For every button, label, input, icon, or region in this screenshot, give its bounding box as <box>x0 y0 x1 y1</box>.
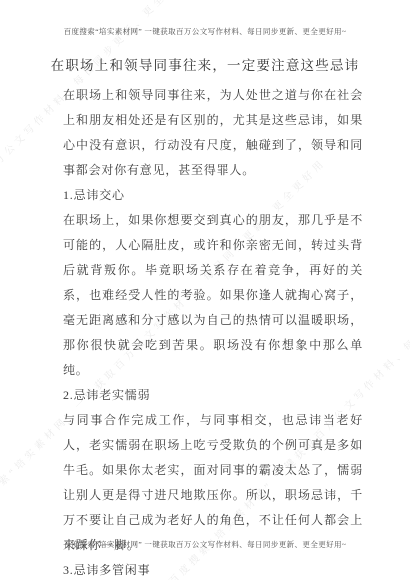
document-title: 在职场上和领导同事往来，一定要注意这些忌讳 <box>0 54 410 74</box>
header-promo-note: 百度搜索“培实素材网” 一键获取百万公文写作材料、每日同步更新、更全更好用~ <box>0 26 410 37</box>
section-paragraph-1: 在职场上，如果你想要交到真心的朋友，那几乎是不可能的，人心隔肚皮，或许和你亲密无… <box>63 208 363 383</box>
intro-paragraph: 在职场上和领导同事往来，为人处世之道与你在社会上和朋友相处还是有区别的，尤其是这… <box>63 83 363 183</box>
section-heading-1: 1.忌讳交心 <box>63 183 363 208</box>
section-paragraph-2: 与同事合作完成工作，与同事相交，也忌讳当老好人，老实懦弱在职场上吃亏受欺负的个例… <box>63 408 363 558</box>
document-body: 在职场上和领导同事往来，为人处世之道与你在社会上和朋友相处还是有区别的，尤其是这… <box>63 83 363 580</box>
document-page: 百度搜索“培实素材网” 一键获取百万公文写作材料、每日同步更新、更全更好用 百度… <box>0 0 410 580</box>
footer-promo-note: 百度搜索“培实素材网” 一键获取百万公文写作材料、每日同步更新、更全更好用~ <box>0 539 410 550</box>
section-heading-3: 3.忌讳多管闲事 <box>63 558 363 580</box>
section-heading-2: 2.忌讳老实懦弱 <box>63 383 363 408</box>
